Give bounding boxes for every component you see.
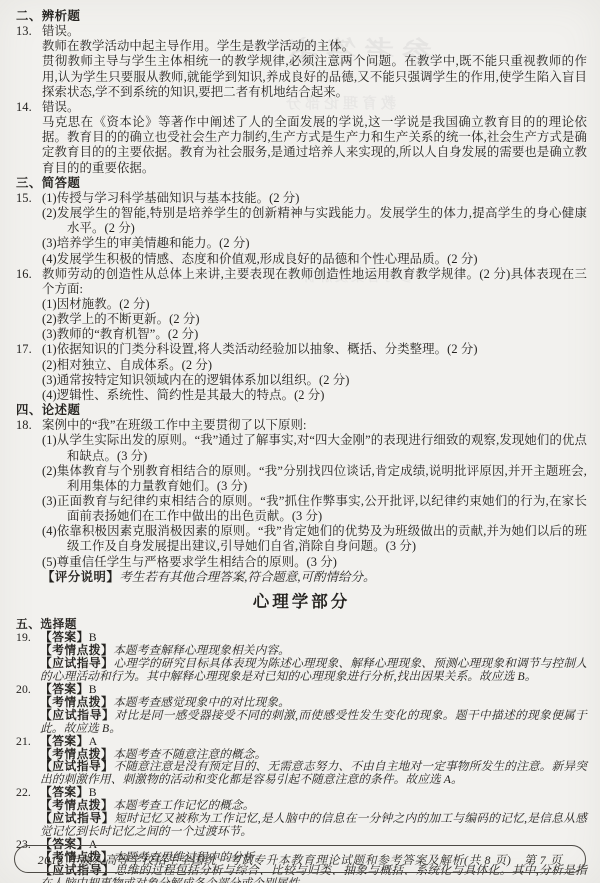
answer-paragraph: 马克思在《资本论》等著作中阐述了人的全面发展的学说,这一学说是我国确立教育目的的… [42, 115, 587, 176]
item-number: 20. [16, 684, 31, 697]
psychology-part-title: 心理学部分 [16, 591, 587, 613]
section-heading: 五、选择题 [16, 617, 587, 632]
answer-paragraph: (4)逻辑性、系统性、简约性是其最大的特点。(2 分) [42, 388, 587, 403]
bracket-label: 【考情点拨】 [40, 696, 113, 709]
education-answers-section: 二、辨析题13.错误。教师在教学活动中起主导作用。学生是教学活动的主体。贯彻教师… [16, 9, 587, 585]
item-number: 19. [16, 632, 31, 645]
answer-paragraph: 错误。 [42, 100, 587, 115]
answer-text: 本题考查解释心理现象相关内容。 [113, 644, 290, 657]
answer-item-22: 22.【答案】B【考情点拨】本题考查工作记忆的概念。【应试指导】短时记忆又被称为… [16, 787, 587, 839]
footer-text: 2018 年成人高等学校招生全国统一考试专升本教育理论试题和参考答案及解析(共 … [38, 851, 562, 868]
page-content: 二、辨析题13.错误。教师在教学活动中起主导作用。学生是教学活动的主体。贯彻教师… [16, 9, 587, 883]
answer-item-15: 15.(1)传授与学习科学基础知识与基本技能。(2 分)(2)发展学生的智能,特… [16, 191, 587, 267]
answer-paragraph: (3)正面教育与纪律约束相结合的原则。“我”抓住作弊事实,公开批评,以纪律约束她… [42, 494, 587, 524]
answer-paragraph: 贯彻教师主导与学生主体相统一的教学规律,必须注意两个问题。在教学中,既不能只重视… [42, 54, 587, 99]
answer-paragraph: 【应试指导】不随意注意是没有预定目的、无需意志努力、不由自主地对一定事物所发生的… [40, 761, 587, 787]
answer-paragraph: (4)依靠积极因素克服消极因素的原则。“我”肯定她们的优势及为班级做出的贡献,并… [42, 524, 587, 554]
answer-paragraph: 【评分说明】考生若有其他合理答案,符合题意,可酌情给分。 [42, 570, 587, 585]
answer-paragraph: (2)相对独立、自成体系。(2 分) [42, 358, 587, 373]
answer-paragraph: (3)通常按特定知识领域内在的逻辑体系加以组织。(2 分) [42, 373, 587, 388]
page-footer: 2018 年成人高等学校招生全国统一考试专升本教育理论试题和参考答案及解析(共 … [14, 845, 586, 873]
answer-item-17: 17.(1)依据知识的门类分科设置,将人类活动经验加以抽象、概括、分类整理。(2… [16, 342, 587, 403]
bracket-label: 【应试指导】 [40, 709, 115, 722]
bracket-label: 【答案】 [40, 786, 89, 799]
scanned-exam-answer-page: 参考答案 教育理论部分 参考答案及解析 二、辨析题13.错误。教师在教学活动中起… [0, 0, 600, 883]
answer-paragraph: 错误。 [42, 24, 587, 39]
answer-item-13: 13.错误。教师在教学活动中起主导作用。学生是教学活动的主体。贯彻教师主导与学生… [16, 24, 587, 100]
answer-paragraph: 【应试指导】对比是同一感受器接受不同的刺激,而使感受性发生变化的现象。题干中描述… [40, 710, 587, 736]
answer-item-14: 14.错误。马克思在《资本论》等著作中阐述了人的全面发展的学说,这一学说是我国确… [16, 100, 587, 176]
item-number: 15. [16, 191, 32, 206]
answer-text: 短时记忆又被称为工作记忆,是人脑中的信息在一分钟之内的加工与编码的记忆,是信息从… [40, 812, 587, 838]
item-number: 14. [16, 100, 32, 115]
item-number: 17. [16, 342, 32, 357]
answer-item-18: 18.案例中的“我”在班级工作中主要贯彻了以下原则:(1)从学生实际出发的原则。… [16, 418, 587, 585]
answer-paragraph: 教师在教学活动中起主导作用。学生是教学活动的主体。 [42, 39, 587, 54]
bracket-label: 【答案】 [40, 683, 89, 696]
section-heading: 二、辨析题 [16, 9, 587, 24]
answer-text: 考生若有其他合理答案,符合题意,可酌情给分。 [119, 570, 375, 584]
answer-text: 不随意注意是没有预定目的、无需意志努力、不由自主地对一定事物所发生的注意。新异突… [40, 760, 587, 786]
answer-paragraph: 【应试指导】心理学的研究目标具体表现为陈述心理现象、解释心理现象、预测心理现象和… [40, 658, 587, 684]
answer-paragraph: (2)发展学生的智能,特别是培养学生的创新精神与实践能力。发展学生的体力,提高学… [42, 206, 587, 236]
answer-text: B [89, 786, 97, 799]
item-number: 21. [16, 736, 31, 749]
bracket-label: 【应试指导】 [40, 657, 113, 670]
bracket-label: 【应试指导】 [40, 760, 113, 773]
item-number: 18. [16, 418, 32, 433]
item-number: 22. [16, 787, 31, 800]
answer-paragraph: (1)因材施教。(2 分) [42, 297, 587, 312]
answer-paragraph: (2)教学上的不断更新。(2 分) [42, 312, 587, 327]
answer-text: 心理学的研究目标具体表现为陈述心理现象、解释心理现象、预测心理现象和调节与控制人… [40, 657, 587, 683]
answer-text: B [89, 631, 97, 644]
answer-paragraph: 【应试指导】短时记忆又被称为工作记忆,是人脑中的信息在一分钟之内的加工与编码的记… [40, 813, 587, 839]
answer-text: 本题考查感觉现象中的对比现象。 [113, 696, 290, 709]
answer-paragraph: (4)发展学生积极的情感、态度和价值观,形成良好的品德和个性心理品质。(2 分) [42, 252, 587, 267]
answer-text: A [89, 735, 98, 748]
answer-item-21: 21.【答案】A【考情点拨】本题考查不随意注意的概念。【应试指导】不随意注意是没… [16, 736, 587, 788]
answer-paragraph: (3)教师的“教育机智”。(2 分) [42, 327, 587, 342]
answer-item-19: 19.【答案】B【考情点拨】本题考查解释心理现象相关内容。【应试指导】心理学的研… [16, 632, 587, 684]
answer-text: 本题考查不随意注意的概念。 [113, 748, 266, 761]
answer-text: 本题考查工作记忆的概念。 [113, 799, 254, 812]
bracket-label: 【考情点拨】 [40, 799, 113, 812]
answer-paragraph: (2)集体教育与个别教育相结合的原则。“我”分别找四位谈话,肯定成绩,说明批评原… [42, 464, 587, 494]
bracket-label: 【评分说明】 [42, 570, 119, 584]
section-heading: 四、论述题 [16, 403, 587, 418]
bracket-label: 【答案】 [40, 631, 89, 644]
psychology-answers-section: 五、选择题19.【答案】B【考情点拨】本题考查解释心理现象相关内容。【应试指导】… [16, 617, 587, 883]
bracket-label: 【应试指导】 [40, 812, 114, 825]
answer-paragraph: (5)尊重信任学生与严格要求学生相结合的原则。(3 分) [42, 555, 587, 570]
answer-paragraph: 案例中的“我”在班级工作中主要贯彻了以下原则: [42, 418, 587, 433]
answer-paragraph: (1)从学生实际出发的原则。“我”通过了解事实,对“四大金刚”的表现进行细致的观… [42, 433, 587, 463]
answer-item-20: 20.【答案】B【考情点拨】本题考查感觉现象中的对比现象。【应试指导】对比是同一… [16, 684, 587, 736]
answer-text: B [89, 683, 97, 696]
bracket-label: 【考情点拨】 [40, 644, 113, 657]
answer-paragraph: (3)培养学生的审美情趣和能力。(2 分) [42, 236, 587, 251]
answer-paragraph: 教师劳动的创造性从总体上来讲,主要表现在教师创造性地运用教育教学规律。(2 分)… [42, 267, 587, 297]
section-heading: 三、简答题 [16, 176, 587, 191]
answer-paragraph: (1)传授与学习科学基础知识与基本技能。(2 分) [42, 191, 587, 206]
bracket-label: 【答案】 [40, 735, 89, 748]
item-number: 13. [16, 24, 32, 39]
answer-text: 对比是同一感受器接受不同的刺激,而使感受性发生变化的现象。题干中描述的现象便属于… [40, 709, 587, 735]
answer-paragraph: (1)依据知识的门类分科设置,将人类活动经验加以抽象、概括、分类整理。(2 分) [42, 342, 587, 357]
item-number: 16. [16, 267, 32, 282]
answer-item-16: 16.教师劳动的创造性从总体上来讲,主要表现在教师创造性地运用教育教学规律。(2… [16, 267, 587, 343]
bracket-label: 【考情点拨】 [40, 748, 113, 761]
